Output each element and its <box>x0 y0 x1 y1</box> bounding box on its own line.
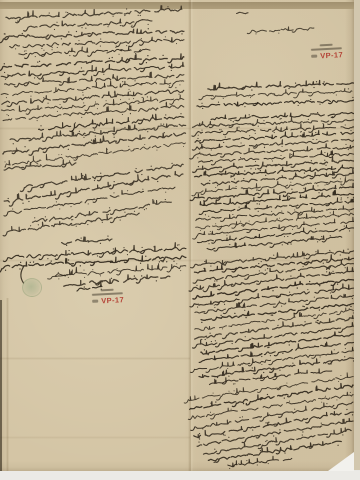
scanner-background <box>0 471 360 480</box>
handwriting-line <box>237 12 249 13</box>
stamp-smallprint-line <box>320 44 333 47</box>
stamp-code: VP-17 <box>101 296 124 305</box>
handwriting-line <box>61 235 112 246</box>
handwriting-line <box>6 3 182 23</box>
handwriting-line <box>189 381 354 413</box>
handwriting-line <box>247 25 314 34</box>
stamp-no-mark <box>92 300 98 303</box>
handwriting-line <box>199 87 352 101</box>
handwriting-line <box>1 86 184 107</box>
handwriting-line <box>32 197 172 225</box>
handwriting-line <box>2 209 140 238</box>
handwriting-line <box>10 120 186 144</box>
handwriting-line <box>207 233 342 253</box>
handwriting-line <box>3 242 186 262</box>
archive-stamp-top: VP-17 <box>311 43 344 60</box>
torn-corner <box>328 452 354 471</box>
handwriting-line <box>1 61 184 82</box>
archive-stamp-bottom: VP-17 <box>92 288 125 305</box>
handwriting-line <box>10 36 185 51</box>
stamp-smallprint-line <box>101 289 114 292</box>
handwriting-line <box>4 70 184 88</box>
scanned-document-view: VP-17 VP-17 <box>0 0 360 480</box>
underlying-page-sliver <box>353 0 360 470</box>
stamp-no-mark <box>311 55 317 58</box>
handwriting-line <box>208 78 354 91</box>
handwriting-line <box>194 163 354 180</box>
handwriting-line <box>211 111 354 122</box>
green-seal <box>22 278 42 297</box>
handwriting-line <box>196 204 354 223</box>
handwriting-line <box>200 189 354 208</box>
document-page: VP-17 VP-17 <box>0 0 354 471</box>
handwritten-text <box>0 0 354 471</box>
handwriting-line <box>190 182 354 203</box>
handwriting-line <box>4 159 76 171</box>
handwriting-line <box>197 97 354 108</box>
stamp-code: VP-17 <box>320 51 343 60</box>
